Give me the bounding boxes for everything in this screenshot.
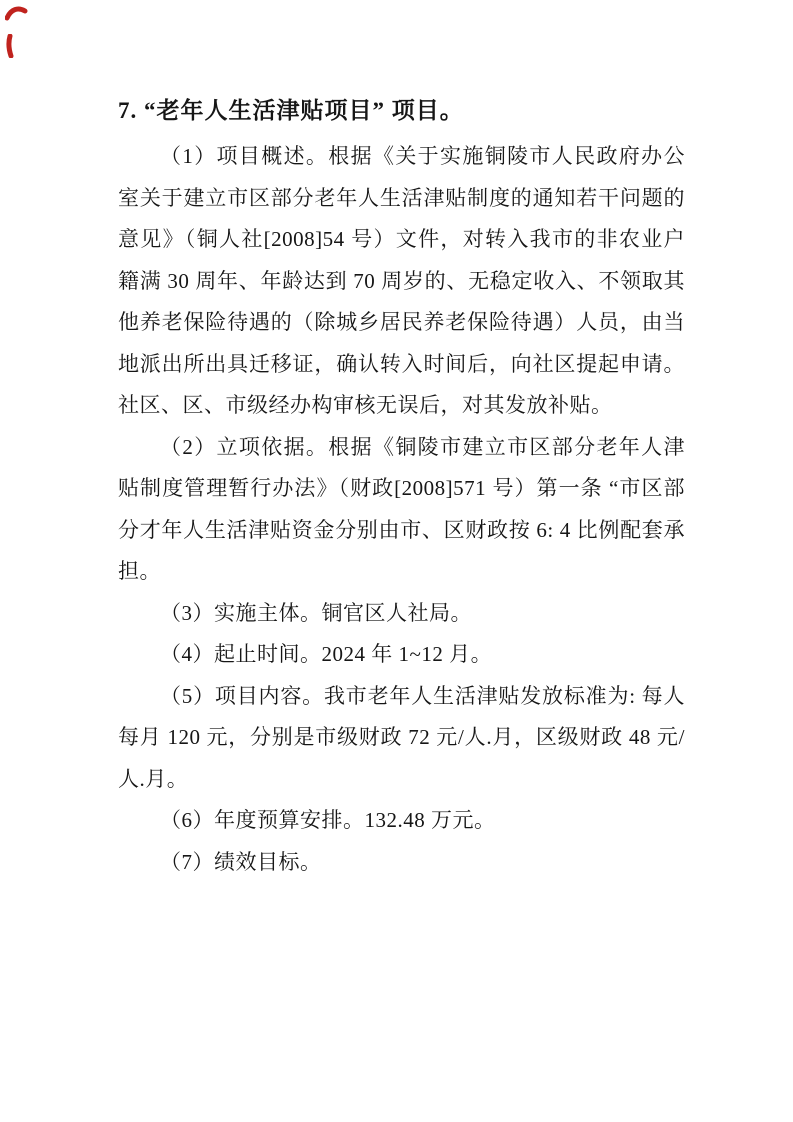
paragraph-annual-budget: （6）年度预算安排。132.48 万元。 (118, 800, 685, 842)
red-ink-mark-top-left (5, 5, 29, 23)
document-content: 7. “老年人生活津贴项目” 项目。 （1）项目概述。根据《关于实施铜陵市人民政… (118, 86, 685, 883)
paragraph-project-overview: （1）项目概述。根据《关于实施铜陵市人民政府办公室关于建立市区部分老年人生活津贴… (118, 136, 685, 427)
red-ink-stroke (9, 36, 11, 56)
section-title: 7. “老年人生活津贴项目” 项目。 (118, 86, 685, 136)
paragraph-project-content: （5）项目内容。我市老年人生活津贴发放标准为: 每人每月 120 元，分别是市级… (118, 676, 685, 801)
paragraph-time-period: （4）起止时间。2024 年 1~12 月。 (118, 634, 685, 676)
paragraph-performance-goals: （7）绩效目标。 (118, 842, 685, 884)
paragraph-implementing-body: （3）实施主体。铜官区人社局。 (118, 593, 685, 635)
document-page: 7. “老年人生活津贴项目” 项目。 （1）项目概述。根据《关于实施铜陵市人民政… (0, 0, 793, 1122)
red-ink-mark-left-edge (3, 34, 17, 58)
paragraph-project-basis: （2）立项依据。根据《铜陵市建立市区部分老年人津贴制度管理暂行办法》（财政[20… (118, 427, 685, 593)
red-ink-stroke (7, 9, 25, 18)
